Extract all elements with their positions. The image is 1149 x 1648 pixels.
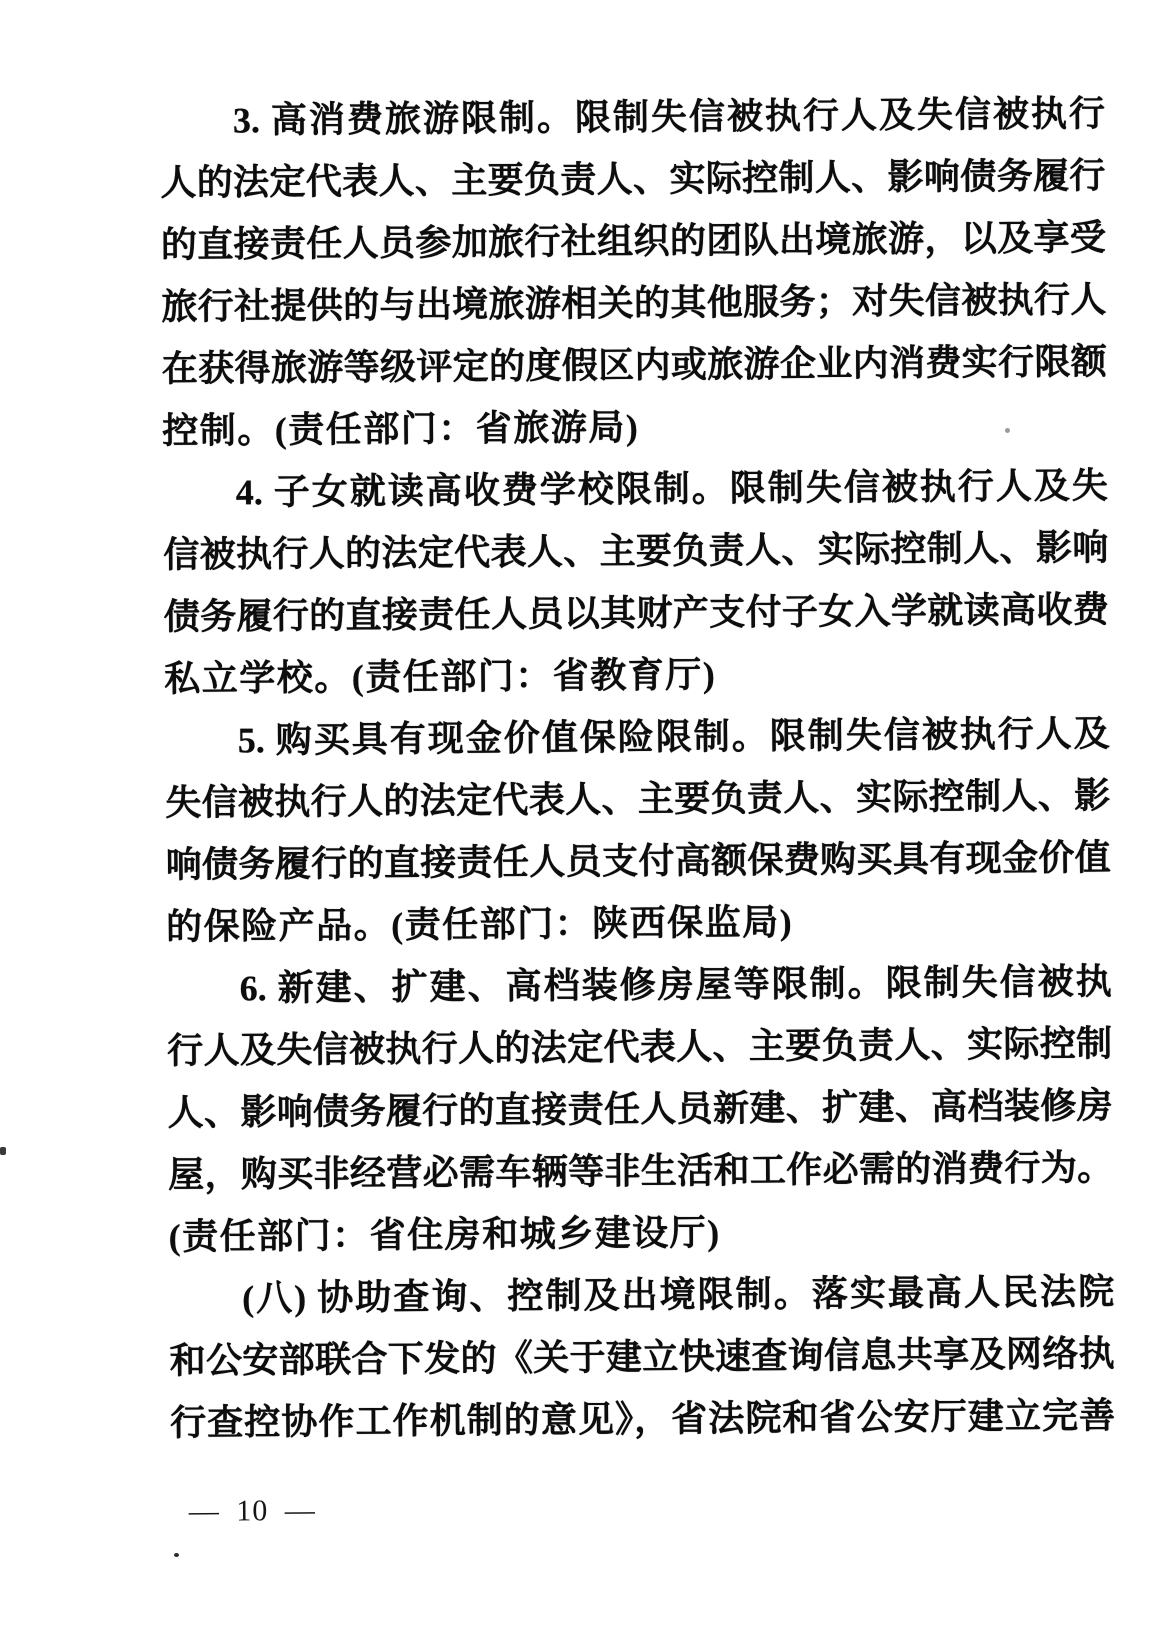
paragraph-3: 3. 高消费旅游限制。限制失信被执行人及失信被执行 人的法定代表人、主要负责人、…: [160, 83, 1108, 462]
document-line: 的保险产品。(责任部门：陕西保监局): [166, 889, 1111, 958]
document-line: 在获得旅游等级评定的度假区内或旅游企业内消费实行限额: [162, 331, 1107, 400]
document-line: 信被执行人的法定代表人、主要负责人、实际控制人、影响: [163, 517, 1108, 586]
document-line: 5. 购买具有现金价值保险限制。限制失信被执行人及: [165, 703, 1110, 772]
document-line: 行人及失信被执行人的法定代表人、主要负责人、实际控制: [167, 1013, 1112, 1082]
document-line: 人、影响债务履行的直接责任人员新建、扩建、高档装修房: [167, 1075, 1112, 1144]
page-number-dash-left: —: [189, 1495, 220, 1528]
document-line: 控制。(责任部门：省旅游局): [162, 393, 1107, 462]
document-line: 人的法定代表人、主要负责人、实际控制人、影响债务履行: [160, 145, 1105, 214]
document-line: (八) 协助查询、控制及出境限制。落实最高人民法院: [169, 1261, 1114, 1330]
document-line: (责任部门：省住房和城乡建设厅): [168, 1199, 1113, 1268]
scan-speck: [0, 1147, 6, 1155]
document-line: 和公安部联合下发的《关于建立快速查询信息共享及网络执: [169, 1323, 1114, 1392]
document-line: 旅行社提供的与出境旅游相关的其他服务；对失信被执行人: [161, 269, 1106, 338]
paragraph-6: 6. 新建、扩建、高档装修房屋等限制。限制失信被执 行人及失信被执行人的法定代表…: [166, 951, 1113, 1268]
document-line: 行查控协作工作机制的意见》，省法院和省公安厅建立完善: [170, 1385, 1115, 1454]
document-line: 3. 高消费旅游限制。限制失信被执行人及失信被执行: [160, 83, 1105, 152]
scanned-page: { "doc": { "paragraphs": [ { "lines": [ …: [0, 0, 1149, 1648]
document-line: 私立学校。(责任部门：省教育厅): [164, 641, 1109, 710]
page-number-value: 10: [236, 1494, 268, 1527]
document-line: 债务履行的直接责任人员以其财产支付子女入学就读高收费: [164, 579, 1109, 648]
paragraph-4: 4. 子女就读高收费学校限制。限制失信被执行人及失 信被执行人的法定代表人、主要…: [163, 455, 1110, 710]
page-number: — 10 —: [189, 1491, 316, 1532]
document-line: 的直接责任人员参加旅行社组织的团队出境旅游，以及享受: [161, 207, 1106, 276]
paragraph-8-assist-query: (八) 协助查询、控制及出境限制。落实最高人民法院 和公安部联合下发的《关于建立…: [169, 1261, 1115, 1454]
document-line: 失信被执行人的法定代表人、主要负责人、实际控制人、影: [165, 765, 1110, 834]
document-line: 6. 新建、扩建、高档装修房屋等限制。限制失信被执: [166, 951, 1111, 1020]
document-line: 响债务履行的直接责任人员支付高额保费购买具有现金价值: [165, 827, 1110, 896]
scan-speck: [174, 1553, 179, 1557]
document-line: 4. 子女就读高收费学校限制。限制失信被执行人及失: [163, 455, 1108, 524]
scan-speck: [1005, 428, 1010, 433]
document-line: 屋，购买非经营必需车辆等非生活和工作必需的消费行为。: [168, 1137, 1113, 1206]
paragraph-5: 5. 购买具有现金价值保险限制。限制失信被执行人及 失信被执行人的法定代表人、主…: [165, 703, 1112, 958]
page-number-dash-right: —: [285, 1494, 316, 1527]
document-body: 3. 高消费旅游限制。限制失信被执行人及失信被执行 人的法定代表人、主要负责人、…: [160, 83, 1116, 1454]
